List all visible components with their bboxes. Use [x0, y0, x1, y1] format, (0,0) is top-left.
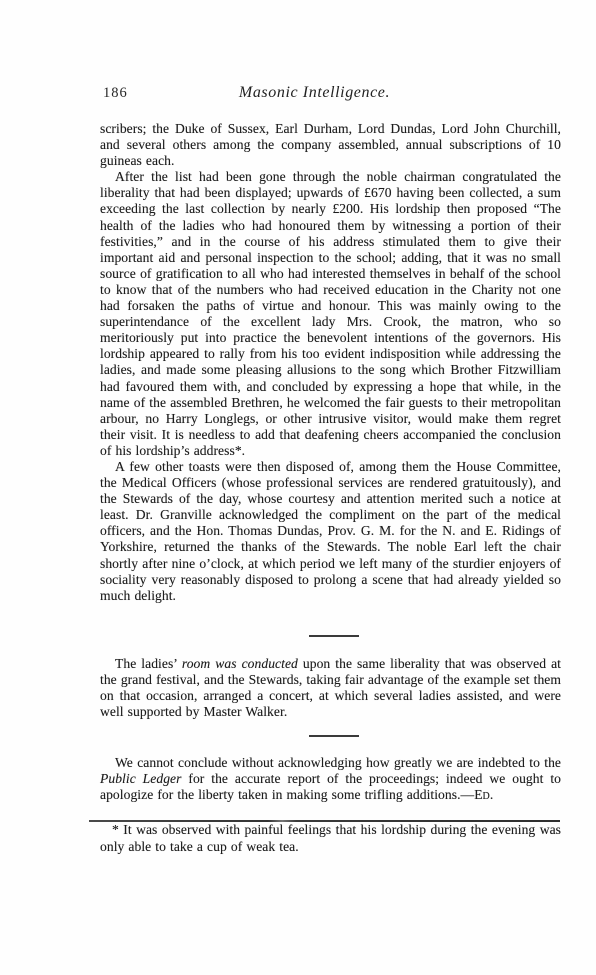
section-divider: [309, 635, 359, 637]
editor-signature: Ed.: [474, 787, 493, 802]
paragraph-editor-note-pre: We cannot conclude without acknowledging…: [115, 755, 561, 770]
paragraph-other-toasts: A few other toasts were then disposed of…: [100, 459, 561, 604]
scanned-book-page: 186 Masonic Intelligence. scribers; the …: [0, 0, 596, 975]
paragraph-ladies-room-pre: The ladies’: [115, 656, 182, 671]
paragraph-ladies-room-italic: room was conducted: [182, 656, 298, 671]
page-header: 186 Masonic Intelligence.: [100, 84, 561, 104]
paragraph-editor-note: We cannot conclude without acknowledging…: [100, 755, 561, 803]
paragraph-ladies-room: The ladies’ room was conducted upon the …: [100, 656, 561, 720]
body-text: scribers; the Duke of Sussex, Earl Durha…: [100, 121, 561, 855]
running-title: Masonic Intelligence.: [84, 84, 545, 102]
footnote-text: * It was observed with painful feelings …: [100, 822, 561, 854]
text-column: 186 Masonic Intelligence. scribers; the …: [100, 84, 561, 855]
paragraph-continuation: scribers; the Duke of Sussex, Earl Durha…: [100, 121, 561, 169]
paragraph-chairman-toast: After the list had been gone through the…: [100, 169, 561, 459]
section-divider: [309, 735, 359, 737]
public-ledger-title: Public Ledger: [100, 771, 181, 786]
